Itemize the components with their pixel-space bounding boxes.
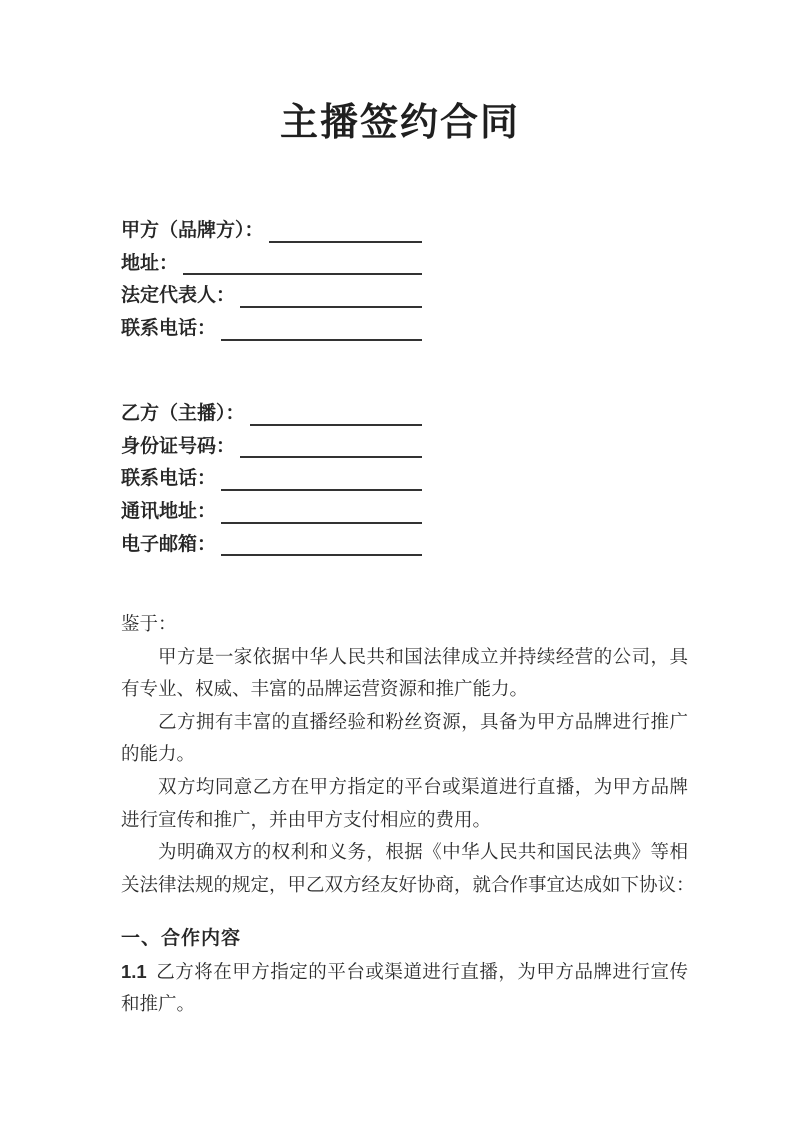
paragraph-line: 关法律法规的规定，甲乙双方经友好协商，就合作事宜达成如下协议： — [121, 870, 688, 903]
whereas-lead: 鉴于： — [121, 609, 688, 642]
party-a-legal-rep-blank-line — [240, 280, 422, 308]
whereas-paragraph-2: 乙方拥有丰富的直播经验和粉丝资源，具备为甲方品牌进行推广 的能力。 — [121, 707, 688, 772]
party-a-section: 甲方（品牌方）： 地址： 法定代表人： 联系电话： — [121, 215, 422, 346]
paragraph-line: 甲方是一家依据中华人民共和国法律成立并持续经营的公司，具 — [121, 642, 688, 675]
party-b-mailing-address-row: 通讯地址： — [121, 496, 422, 529]
clause-1-1-number: 1.1 — [121, 961, 147, 982]
party-a-name-row: 甲方（品牌方）： — [121, 215, 422, 248]
party-a-address-blank-line — [183, 248, 422, 276]
paragraph-line: 乙方拥有丰富的直播经验和粉丝资源，具备为甲方品牌进行推广 — [121, 707, 688, 740]
party-a-name-label: 甲方（品牌方）： — [121, 215, 264, 248]
paragraph-line: 为明确双方的权利和义务，根据《中华人民共和国民法典》等相 — [121, 837, 688, 870]
party-a-address-row: 地址： — [121, 248, 422, 281]
party-b-name-blank-line — [250, 398, 422, 426]
party-b-id-number-blank-line — [240, 431, 422, 459]
party-a-name-blank-line — [269, 215, 422, 243]
whereas-lead-text: 鉴于： — [121, 609, 688, 642]
clause-1-1-text: 乙方将在甲方指定的平台或渠道进行直播，为甲方品牌进行宣传 — [156, 963, 688, 983]
party-a-legal-rep-row: 法定代表人： — [121, 280, 422, 313]
whereas-paragraph-1: 甲方是一家依据中华人民共和国法律成立并持续经营的公司，具 有专业、权威、丰富的品… — [121, 642, 688, 707]
contract-title: 主播签约合同 — [0, 101, 800, 145]
paragraph-line: 有专业、权威、丰富的品牌运营资源和推广能力。 — [121, 674, 688, 707]
party-a-legal-rep-label: 法定代表人： — [121, 280, 235, 313]
party-a-phone-label: 联系电话： — [121, 313, 216, 346]
party-b-email-row: 电子邮箱： — [121, 529, 422, 562]
party-b-mailing-address-label: 通讯地址： — [121, 496, 216, 529]
party-b-mailing-address-blank-line — [221, 496, 422, 524]
party-b-email-blank-line — [221, 529, 422, 557]
party-b-id-number-row: 身份证号码： — [121, 431, 422, 464]
party-a-address-label: 地址： — [121, 248, 178, 281]
party-a-phone-blank-line — [221, 313, 422, 341]
clause-1-1-line-2: 和推广。 — [121, 989, 688, 1022]
contract-document-page: 主播签约合同 甲方（品牌方）： 地址： 法定代表人： 联系电话： 乙方（主播）：… — [0, 0, 800, 1132]
whereas-paragraph-4: 为明确双方的权利和义务，根据《中华人民共和国民法典》等相 关法律法规的规定，甲乙… — [121, 837, 688, 902]
section-one-cooperation-content: 一、合作内容 1.1乙方将在甲方指定的平台或渠道进行直播，为甲方品牌进行宣传 和… — [121, 923, 688, 1022]
party-b-phone-row: 联系电话： — [121, 463, 422, 496]
party-b-name-row: 乙方（主播）： — [121, 398, 422, 431]
party-b-phone-label: 联系电话： — [121, 463, 216, 496]
party-b-phone-blank-line — [221, 463, 422, 491]
party-b-id-number-label: 身份证号码： — [121, 431, 235, 464]
clause-1-1-line-1: 1.1乙方将在甲方指定的平台或渠道进行直播，为甲方品牌进行宣传 — [121, 956, 688, 990]
party-b-section: 乙方（主播）： 身份证号码： 联系电话： 通讯地址： 电子邮箱： — [121, 398, 422, 561]
paragraph-line: 双方均同意乙方在甲方指定的平台或渠道进行直播，为甲方品牌 — [121, 772, 688, 805]
paragraph-line: 进行宣传和推广，并由甲方支付相应的费用。 — [121, 805, 688, 838]
section-one-heading: 一、合作内容 — [121, 923, 688, 956]
clause-1-1: 1.1乙方将在甲方指定的平台或渠道进行直播，为甲方品牌进行宣传 和推广。 — [121, 956, 688, 1022]
party-b-name-label: 乙方（主播）： — [121, 398, 245, 431]
party-b-email-label: 电子邮箱： — [121, 529, 216, 562]
whereas-paragraph-3: 双方均同意乙方在甲方指定的平台或渠道进行直播，为甲方品牌 进行宣传和推广，并由甲… — [121, 772, 688, 837]
whereas-section: 鉴于： 甲方是一家依据中华人民共和国法律成立并持续经营的公司，具 有专业、权威、… — [121, 609, 688, 902]
paragraph-line: 的能力。 — [121, 739, 688, 772]
party-a-phone-row: 联系电话： — [121, 313, 422, 346]
